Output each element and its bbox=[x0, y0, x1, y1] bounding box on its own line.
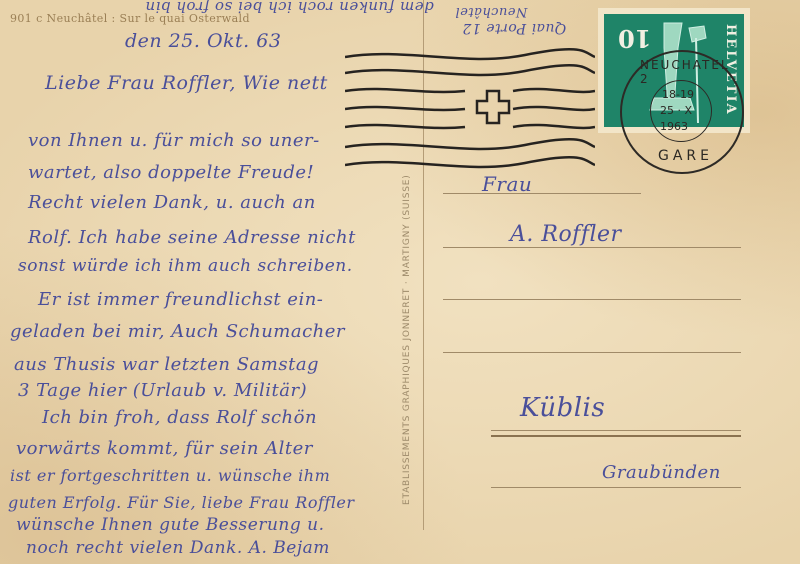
address-city-line bbox=[491, 430, 741, 431]
address-line-4 bbox=[443, 352, 741, 353]
address-name: A. Roffler bbox=[510, 222, 622, 247]
address-city-line-bold bbox=[491, 435, 741, 437]
message-line: guten Erfolg. Für Sie, liebe Frau Roffle… bbox=[8, 493, 355, 512]
message-line: Rolf. Ich habe seine Adresse nicht bbox=[28, 227, 356, 248]
postmark: NEUCHATEL 2 18-19 25 · X 1963 GARE bbox=[620, 50, 744, 174]
postmark-station: GARE bbox=[658, 148, 713, 164]
address-canton-line bbox=[491, 487, 741, 488]
message-line: wünsche Ihnen gute Besserung u. bbox=[16, 515, 324, 535]
letter-date: den 25. Okt. 63 bbox=[125, 30, 281, 52]
message-line: 3 Tage hier (Urlaub v. Militär) bbox=[18, 380, 307, 401]
address-line-3 bbox=[443, 299, 741, 300]
postmark-year: 1963 bbox=[660, 120, 688, 133]
postmark-time: 18-19 bbox=[662, 88, 694, 101]
message-line: wartet, also doppelte Freude! bbox=[28, 162, 314, 183]
message-line: Ich bin froh, dass Rolf schön bbox=[42, 407, 317, 428]
message-line: Recht vielen Dank, u. auch an bbox=[28, 192, 316, 213]
postcard-back: dem funken roch ich bei so froh bin 901 … bbox=[0, 0, 800, 564]
address-city: Küblis bbox=[520, 393, 605, 423]
printer-imprint: ETABLISSEMENTS GRAPHIQUES JONNERET · MAR… bbox=[402, 174, 412, 505]
swiss-cross-icon bbox=[475, 89, 511, 125]
message-line: sonst würde ich ihm auch schreiben. bbox=[18, 256, 353, 276]
postmark-place: NEUCHATEL 2 bbox=[640, 58, 742, 86]
postcard-caption: 901 c Neuchâtel : Sur le quai Osterwald bbox=[10, 12, 250, 25]
message-line: noch recht vielen Dank. A. Bejam bbox=[26, 538, 330, 558]
message-line: von Ihnen u. für mich so uner- bbox=[28, 130, 320, 151]
address-line-1 bbox=[443, 193, 641, 194]
message-line: vorwärts kommt, für sein Alter bbox=[16, 438, 313, 459]
sender-note-street: Quai Porte 12 bbox=[462, 20, 566, 36]
message-line: geladen bei mir, Auch Schumacher bbox=[10, 321, 345, 342]
message-line: Liebe Frau Roffler, Wie nett bbox=[45, 72, 328, 94]
postmark-date: 25 · X bbox=[660, 104, 692, 117]
sender-note-city: Neuchâtel bbox=[455, 4, 527, 19]
message-line: aus Thusis war letzten Samstag bbox=[14, 354, 319, 375]
cancellation-waves bbox=[345, 45, 595, 175]
message-line: Er ist immer freundlichst ein- bbox=[38, 289, 323, 310]
address-line-2 bbox=[443, 247, 741, 248]
message-line: ist er fortgeschritten u. wünsche ihm bbox=[10, 466, 330, 485]
address-canton: Graubünden bbox=[602, 462, 721, 483]
